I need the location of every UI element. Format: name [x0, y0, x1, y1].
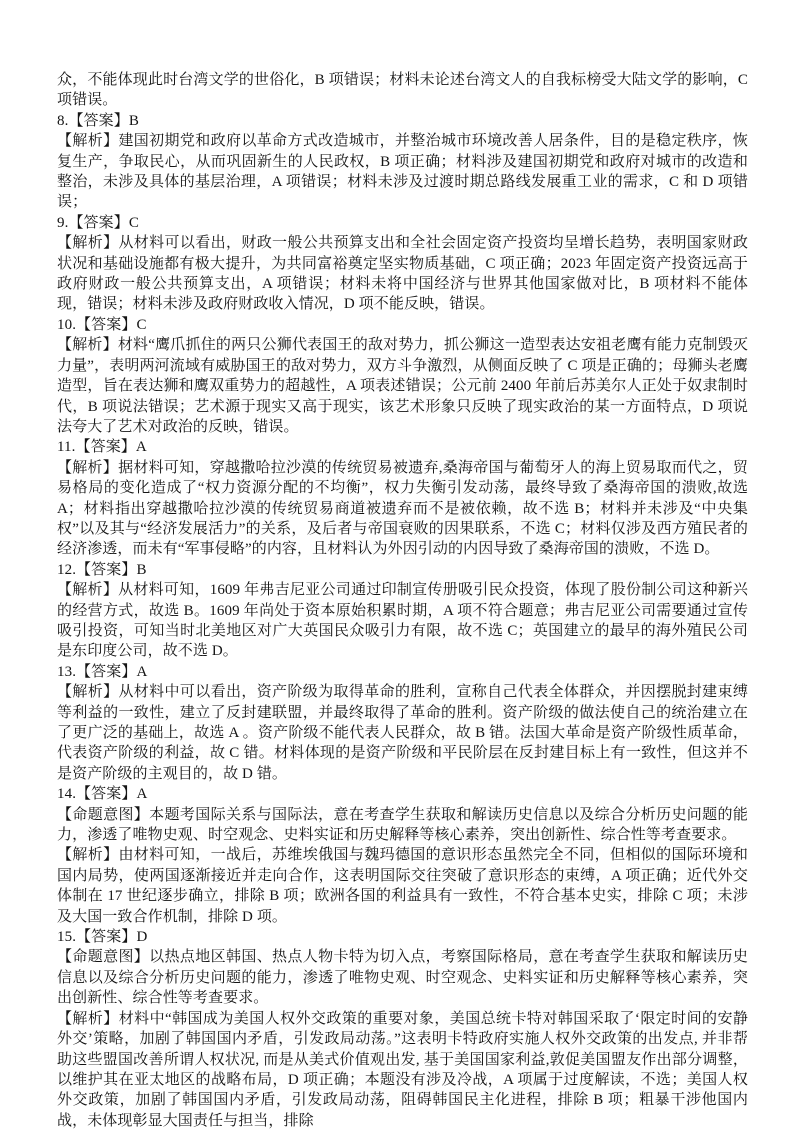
answer-13-header: 13.【答案】A	[57, 662, 748, 682]
answer-11-analysis: 【解析】据材料可知，穿越撒哈拉沙漠的传统贸易被遗弃,桑海帝国与葡萄牙人的海上贸易…	[57, 458, 748, 560]
answer-12-header: 12.【答案】B	[57, 560, 748, 580]
answer-8-analysis: 【解析】建国初期党和政府以革命方式改造城市，并整治城市环境改善人居条件，目的是稳…	[57, 131, 748, 213]
continuation-text: 众，不能体现此时台湾文学的世俗化，B 项错误；材料未论述台湾文人的自我标榜受大陆…	[57, 70, 748, 111]
answer-15-analysis: 【解析】材料中“韩国成为美国人权外交政策的重要对象，美国总统卡特对韩国采取了‘限…	[57, 1009, 748, 1131]
answer-9-analysis: 【解析】从材料可以看出，财政一般公共预算支出和全社会固定资产投资均呈增长趋势，表…	[57, 233, 748, 315]
answer-14-analysis: 【解析】由材料可知，一战后，苏维埃俄国与魏玛德国的意识形态虽然完全不同，但相似的…	[57, 845, 748, 927]
document-page: 众，不能体现此时台湾文学的世俗化，B 项错误；材料未论述台湾文人的自我标榜受大陆…	[0, 0, 800, 1131]
answer-11-header: 11.【答案】A	[57, 437, 748, 457]
answer-8-header: 8.【答案】B	[57, 111, 748, 131]
answer-14-header: 14.【答案】A	[57, 784, 748, 804]
answer-15-header: 15.【答案】D	[57, 927, 748, 947]
answer-15-intent: 【命题意图】以热点地区韩国、热点人物卡特为切入点，考察国际格局，意在考查学生获取…	[57, 947, 748, 1008]
answer-14-intent: 【命题意图】本题考国际关系与国际法，意在考查学生获取和解读历史信息以及综合分析历…	[57, 805, 748, 846]
answer-key-document: 众，不能体现此时台湾文学的世俗化，B 项错误；材料未论述台湾文人的自我标榜受大陆…	[57, 70, 748, 1131]
answer-9-header: 9.【答案】C	[57, 213, 748, 233]
answer-12-analysis: 【解析】从材料可知，1609 年弗吉尼亚公司通过印制宣传册吸引民众投资，体现了股…	[57, 580, 748, 662]
answer-10-header: 10.【答案】C	[57, 315, 748, 335]
answer-13-analysis: 【解析】从材料中可以看出，资产阶级为取得革命的胜利，宣称自己代表全体群众，并因摆…	[57, 682, 748, 784]
answer-10-analysis: 【解析】材料“鹰爪抓住的两只公狮代表国王的敌对势力，抓公狮这一造型表达安祖老鹰有…	[57, 335, 748, 437]
